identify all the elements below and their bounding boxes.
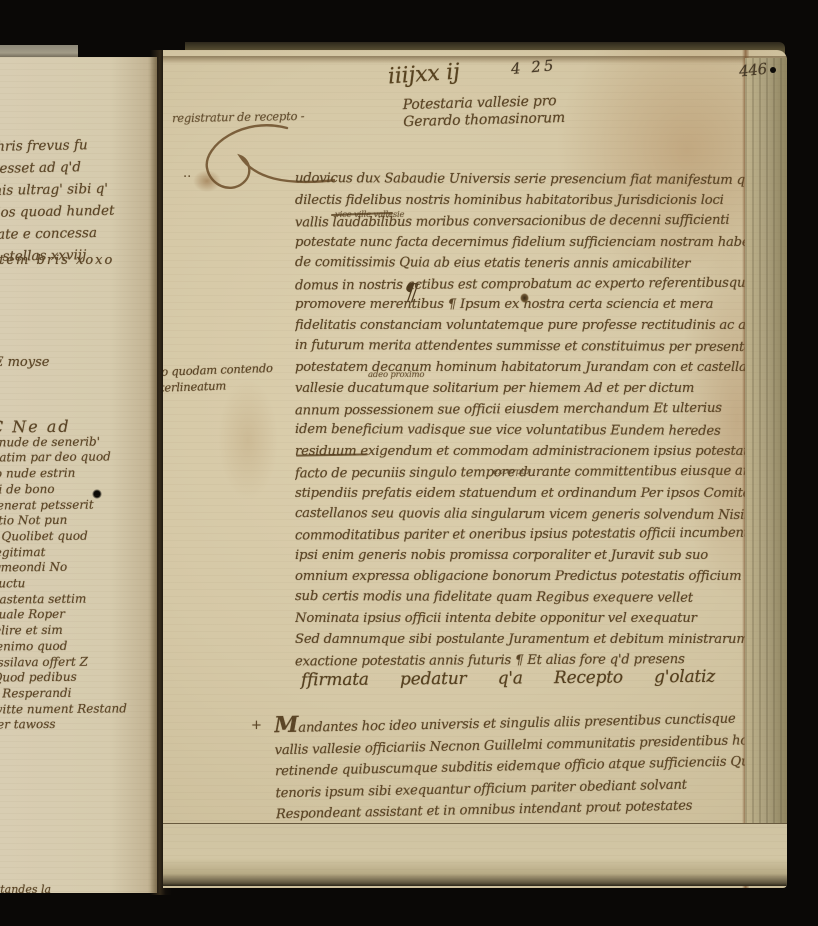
manuscript-scan: de Chris frevus fu alnd esset ad q'd ord… (0, 0, 818, 926)
marginalia-line: Item Quolibet quod (0, 528, 125, 545)
body-line: annum possessionem sue officii eiusdem m… (295, 399, 765, 423)
marginalia-line: instructu (0, 575, 126, 592)
marginalia-bottom-fragment: brittandes la (0, 883, 51, 893)
body-line: dilectis fidelibus nostris hominibus hab… (295, 191, 765, 212)
page-number-ink: 446 (738, 60, 768, 81)
body-line: Sed damnumque sibi postulante Juramentum… (295, 630, 765, 651)
ink-blot (520, 293, 529, 303)
marginalia-block-main: O C Ne ad vivit nude de senerib' annuati… (0, 418, 127, 733)
body-line: sub certis modis una fidelitate quam Reg… (295, 587, 765, 610)
marginalia-line: de Chris frevus fu (0, 134, 114, 159)
body-line: ipsi enim generis nobis promissa corpora… (295, 546, 765, 567)
heading-line-2: Gerardo thomasinorum (403, 110, 565, 131)
marginalia-mid-line: le E moyse (0, 355, 49, 370)
body-line: omnium expressa obligacione bonorum Pred… (295, 567, 765, 588)
body-line: promovere merentibus ¶ Ipsum ex nostra c… (295, 295, 765, 316)
marginalia-line: de venimo quod (0, 638, 126, 655)
marginalia-line: questio Not pun (0, 513, 125, 530)
marginalia-line: ther i de bono (0, 481, 125, 498)
marginalia-line: orig' stellas xxviij (0, 244, 115, 269)
marginalia-line: alnd esset ad q'd (0, 156, 114, 181)
marginalia-line: ad Guale Roper (0, 607, 126, 624)
marginalia-line: baleo nude estrin (0, 465, 125, 482)
body-paragraph-1: udovicus dux Sabaudie Universis serie pr… (295, 170, 765, 672)
marginalia-line: et alios quoad hundet (0, 200, 115, 225)
side-note-line-2: interlineatum (163, 376, 274, 396)
bottom-page-edges (163, 823, 787, 886)
page-heading: Potestaria vallesie pro Gerardo thomasin… (403, 93, 566, 131)
marginalia-line: iij etate e concessa (0, 222, 115, 247)
body-paragraph-2: Mandantes hoc ideo universis et singulis… (274, 705, 776, 826)
side-margin-note: pro quodam contendo interlineatum (163, 360, 274, 396)
body-line: commoditatibus pariter et oneribus ipsiu… (295, 524, 765, 548)
marginalia-item-line: Item bris xoxo (0, 253, 114, 268)
margin-plus-mark: + (251, 718, 262, 733)
margin-dots: .. (183, 166, 191, 181)
marginalia-line: Atther tawoss (0, 717, 127, 734)
body-line: udovicus dux Sabaudie Universis serie pr… (295, 169, 765, 192)
folio-number-roman: iiijxx ij (387, 60, 460, 90)
marginalia-line: nil felire et sim (0, 622, 126, 639)
top-fold-shadow (163, 56, 787, 64)
page-number-pencil: 4 25 (510, 56, 557, 78)
dark-speck (770, 67, 776, 73)
marginalia-line: vivit nude de senerib' (0, 434, 125, 451)
interlinear-note: excerpto (493, 467, 529, 477)
marginalia-line: q'z legitimat (0, 544, 126, 561)
marginalia-line: O C Ne ad (0, 418, 124, 435)
body-line: domus in nostris actibus est comprobatum… (295, 273, 765, 297)
body-line: idem beneficium vadisque sue vice volunt… (295, 420, 765, 443)
marginalia-line: annuatim par deo quod (0, 450, 125, 467)
body-line: fidelitatis constanciam voluntatemque pu… (295, 316, 765, 337)
marginalia-line: ordinis ultrag' sibi q' (0, 178, 114, 203)
faint-stain-left (218, 380, 278, 500)
body-line: vallesie ducatumque solitarium per hieme… (295, 379, 765, 400)
manuscript-page: iiijxx ij 4 25 Potestaria vallesie pro G… (163, 50, 787, 888)
interlinear-note: adeo proximo (368, 370, 424, 380)
previous-page-edge: de Chris frevus fu alnd esset ad q'd ord… (0, 57, 157, 893)
marginalia-line: sodwitte nument Restand (0, 701, 127, 718)
body-line: potestate nunc facta decernimus fidelium… (295, 233, 765, 254)
marginalia-line: et Symeondi No (0, 560, 126, 577)
marginalia-line: ad E Resperandi (0, 685, 127, 702)
body-line: potestatem decanum hominum habitatorum J… (295, 358, 765, 379)
marginalia-line: Smassilava offert Z (0, 654, 127, 671)
body-line: castellanos seu quovis alia singularum v… (295, 503, 765, 526)
marginalia-line: vel pastenta settim (0, 591, 126, 608)
body-line: de comitissimis Quia ab eius etatis tene… (295, 253, 765, 276)
body-line: facto de pecuniis singulo tempore durant… (295, 461, 765, 485)
body-line: in futurum merita attendentes summisse e… (295, 336, 765, 359)
body-line: residuum exigendum et commodam administr… (295, 442, 765, 463)
marginalia-line: vio Quod pedibus (0, 670, 127, 687)
body-line: stipendiis prefatis eidem statuendum et … (295, 484, 765, 505)
marginalia-line: provenerat petsserit (0, 497, 125, 514)
closing-line: ffirmata pedatur q'a Recepto g'olatiz pe… (301, 666, 787, 691)
wormhole-spot (92, 489, 102, 499)
body-line: Nominata ipsius officii intenta debite o… (295, 609, 765, 630)
marginalia-block-top: de Chris frevus fu alnd esset ad q'd ord… (0, 134, 115, 269)
initial-M: M (274, 712, 299, 739)
underlying-page-edges (745, 58, 787, 884)
